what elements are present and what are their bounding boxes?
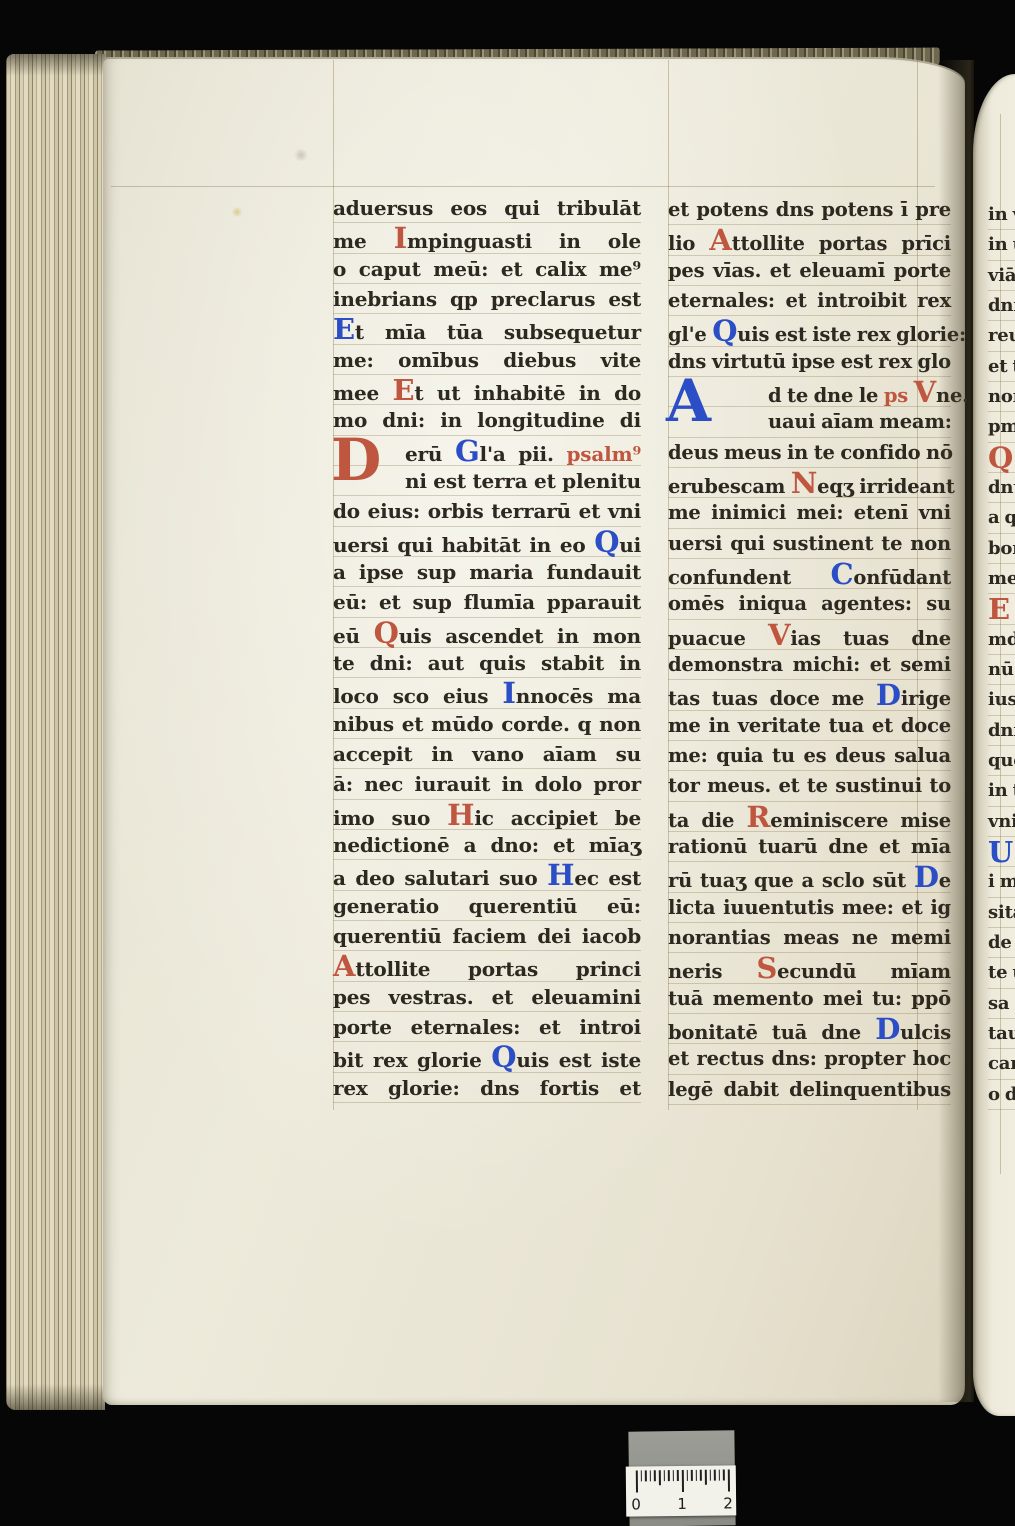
ruler-tick — [705, 1470, 707, 1485]
illuminated-initial: I — [502, 676, 515, 710]
text-segment: vni — [988, 811, 1015, 832]
manuscript-text-line: eū Quis ascendet in mon — [333, 618, 641, 648]
manuscript-text-line: eternales: et introibit rex — [668, 286, 951, 316]
manuscript-text-line: erubescam Neqʒ irrideant — [668, 468, 951, 498]
text-segment: rū tuaʒ que a sclo sūt — [668, 869, 914, 892]
ruler-tick — [650, 1470, 652, 1481]
text-segment: que — [988, 750, 1015, 771]
manuscript-photo-scene: aduersus eos qui tribulātme Impinguasti … — [0, 0, 1015, 1526]
ruler-tick — [696, 1470, 698, 1481]
text-segment: gl'e — [668, 323, 712, 346]
manuscript-text-line: gl'e Quis est iste rex glorie: — [668, 316, 951, 346]
manuscript-text-line: lio Attollite portas prīci — [668, 225, 951, 255]
text-segment: l'a pii. — [480, 442, 567, 466]
manuscript-text-line: me Impinguasti in ole — [333, 223, 641, 253]
illuminated-initial: A — [709, 223, 731, 257]
text-column-right: et potens dns potens ī prelio Attollite … — [668, 195, 951, 1105]
text-segment: nnocēs ma — [516, 684, 641, 708]
manuscript-text-line: me: quia tu es deus salua — [668, 741, 951, 771]
manuscript-text-line: pes vestras. et eleuamini — [333, 982, 641, 1012]
ruler-tick — [659, 1470, 661, 1485]
text-segment: me in veritate tua et doce — [668, 714, 951, 737]
text-segment: neris — [668, 960, 756, 983]
ruler-tick — [636, 1470, 638, 1492]
manuscript-text-line: mdr — [988, 625, 1015, 655]
text-segment: ius — [988, 689, 1015, 710]
manuscript-text-line: aduersus eos qui tribulāt — [333, 193, 641, 223]
manuscript-text-line: uersi qui sustinent te non — [668, 529, 951, 559]
text-segment: me: omībus diebus vite — [333, 348, 641, 372]
manuscript-text-line: ta die Reminiscere mise — [668, 802, 951, 832]
text-segment: i m — [988, 871, 1015, 892]
text-segment: tau — [988, 1023, 1015, 1044]
text-segment: ic accipiet be — [474, 806, 641, 830]
manuscript-text-line: Q — [988, 443, 1015, 473]
text-segment: dnū — [988, 477, 1015, 498]
text-segment: confundent — [668, 566, 831, 589]
text-segment: porte eternales: et introi — [333, 1015, 641, 1039]
manuscript-text-line: a ipse sup maria fundauit — [333, 557, 641, 587]
manuscript-text-line: do eius: orbis terrarū et vni — [333, 496, 641, 526]
text-segment: mdr — [988, 629, 1015, 650]
text-segment: dni — [988, 295, 1015, 316]
text-segment: a deo salutari suo — [333, 866, 547, 890]
text-segment: legē dabit delinquentibus — [668, 1078, 951, 1101]
text-segment: reur — [988, 325, 1015, 346]
text-segment: et rectus dns: propter hoc — [668, 1047, 951, 1070]
manuscript-text-line: et potens dns potens ī pre — [668, 195, 951, 225]
text-segment: a qu — [988, 507, 1015, 528]
text-segment: loco sco eius — [333, 684, 502, 708]
manuscript-text-line: dnū — [988, 473, 1015, 503]
text-segment: me: quia tu es deus salua — [668, 744, 951, 767]
manuscript-text-line: tuā memento mei tu: ppō — [668, 984, 951, 1014]
manuscript-text-line: et te — [988, 352, 1015, 382]
manuscript-text-line: met — [988, 564, 1015, 594]
text-segment: mee — [333, 381, 393, 405]
text-segment: eminiscere mise — [770, 809, 951, 832]
text-segment: can — [988, 1053, 1015, 1074]
manuscript-text-line: eū: et sup flumīa pparauit — [333, 587, 641, 617]
manuscript-text-line: te u — [988, 958, 1015, 988]
manuscript-text-line: can — [988, 1049, 1015, 1079]
manuscript-text-line: Derū Gl'a pii. psalm⁹ — [333, 436, 641, 466]
text-segment: ni est terra et plenitu — [405, 469, 641, 493]
text-segment: ā: nec iurauit in dolo pror — [333, 772, 641, 796]
manuscript-text-line: pmō — [988, 412, 1015, 442]
manuscript-text-line: omēs iniqua agentes: su — [668, 589, 951, 619]
manuscript-text-line: Ad te dne le ps Vne. — [668, 377, 951, 407]
text-segment: d te dne le — [768, 384, 884, 407]
manuscript-text-line: demonstra michi: et semi — [668, 650, 951, 680]
ruler-tick — [640, 1470, 642, 1481]
text-segment: tas tuas doce me — [668, 687, 876, 710]
illuminated-initial: D — [876, 678, 901, 712]
text-segment: erū — [405, 442, 455, 466]
manuscript-text-line: rex glorie: dns fortis et — [333, 1073, 641, 1103]
text-segment: psalm⁹ — [566, 442, 641, 466]
manuscript-text-line: deus meus in te confido nō — [668, 438, 951, 468]
manuscript-text-line: a deo salutari suo Hec est — [333, 860, 641, 890]
text-segment: ttollite portas prīci — [732, 232, 951, 255]
manuscript-text-line: E — [988, 594, 1015, 624]
text-segment: generatio querentiū eū: — [333, 894, 641, 918]
manuscript-text-line: imo suo Hic accipiet be — [333, 800, 641, 830]
manuscript-text-line: in v — [988, 200, 1015, 230]
illuminated-initial: V — [768, 618, 790, 652]
text-segment: accepit in vano aīam su — [333, 742, 641, 766]
text-segment: demonstra michi: et semi — [668, 653, 951, 676]
text-segment: sita — [988, 902, 1015, 923]
text-segment: viās — [988, 265, 1015, 286]
manuscript-text-line: de h — [988, 928, 1015, 958]
manuscript-text-line: neris Secundū mīam — [668, 953, 951, 983]
ruling-line-horizontal — [111, 186, 935, 187]
manuscript-text-line: o de — [988, 1080, 1015, 1110]
manuscript-text-line: viās — [988, 261, 1015, 291]
illuminated-initial: U — [988, 835, 1013, 869]
text-segment: t mīa tūa subsequetur — [355, 320, 641, 344]
text-segment: tuā memento mei tu: ppō — [668, 987, 951, 1010]
manuscript-text-line: nedictionē a dno: et mīaʒ — [333, 830, 641, 860]
ruler-tick — [682, 1470, 684, 1492]
text-segment: pmō — [988, 416, 1015, 437]
text-column-left: aduersus eos qui tribulātme Impinguasti … — [333, 193, 641, 1103]
illuminated-initial: E — [333, 312, 355, 346]
manuscript-text-line: ius — [988, 685, 1015, 715]
manuscript-text-line: inebrians qp preclarus est — [333, 284, 641, 314]
manuscript-text-line: U — [988, 837, 1015, 867]
manuscript-text-line: a qu — [988, 503, 1015, 533]
manuscript-text-line: vni — [988, 807, 1015, 837]
text-segment: aduersus eos qui tribulāt — [333, 196, 641, 220]
text-segment: o de — [988, 1084, 1015, 1105]
manuscript-text-line: sa d — [988, 989, 1015, 1019]
illuminated-initial: C — [831, 557, 854, 591]
ruler-label-1: 1 — [675, 1495, 689, 1513]
text-segment: licta iuuentutis mee: et ig — [668, 896, 951, 919]
text-segment: bit rex glorie — [333, 1048, 491, 1072]
text-segment: de h — [988, 932, 1015, 953]
illuminated-initial: H — [547, 858, 574, 892]
manuscript-text-line: loco sco eius Innocēs ma — [333, 678, 641, 708]
text-segment: eqʒ irrideant — [817, 475, 955, 498]
manuscript-text-line: puacue Vias tuas dne — [668, 620, 951, 650]
text-segment: in t — [988, 780, 1015, 801]
ruler-ticks — [626, 1465, 736, 1466]
text-segment: non — [988, 386, 1015, 407]
text-segment: querentiū faciem dei iacob — [333, 924, 641, 948]
text-segment: uersi qui sustinent te non — [668, 532, 951, 555]
text-segment: ta die — [668, 809, 746, 832]
text-segment: eternales: et introibit rex — [668, 289, 951, 312]
text-segment: t ut inhabitē in do — [414, 381, 641, 405]
manuscript-text-line: generatio querentiū eū: — [333, 891, 641, 921]
ruler-tick — [723, 1470, 725, 1481]
illuminated-initial: D — [914, 860, 939, 894]
text-segment: o caput meū: et calix me⁹ — [333, 257, 641, 281]
illuminated-initial: Q — [594, 525, 619, 559]
manuscript-text-line: bonitatē tuā dne Dulcis — [668, 1014, 951, 1044]
illuminated-initial: Q — [712, 314, 737, 348]
text-segment: deus meus in te confido nō — [668, 441, 953, 464]
manuscript-text-line: bon — [988, 534, 1015, 564]
manuscript-text-line: non — [988, 382, 1015, 412]
illuminated-initial: G — [455, 434, 480, 468]
text-segment: dni — [988, 720, 1015, 741]
text-segment: met — [988, 568, 1015, 589]
text-segment: uis est iste rex glorie: — [737, 323, 966, 346]
text-segment: sa d — [988, 993, 1015, 1014]
manuscript-text-line: in t — [988, 776, 1015, 806]
text-segment: inebrians qp preclarus est — [333, 287, 641, 311]
ruler-tick — [686, 1470, 688, 1481]
illuminated-initial: Q — [491, 1040, 516, 1074]
parchment-stain — [293, 149, 309, 161]
ruler-tick — [673, 1470, 675, 1481]
illuminated-initial: E — [988, 592, 1010, 626]
manuscript-text-line: querentiū faciem dei iacob — [333, 921, 641, 951]
manuscript-text-line: norantias meas ne memi — [668, 923, 951, 953]
text-segment: norantias meas ne memi — [668, 926, 951, 949]
manuscript-text-line: me: omībus diebus vite — [333, 345, 641, 375]
manuscript-text-line: porte eternales: et introi — [333, 1012, 641, 1042]
text-segment: me inimici mei: etenī vni — [668, 501, 951, 524]
text-segment: uis est iste — [516, 1048, 641, 1072]
manuscript-text-line: dni — [988, 716, 1015, 746]
text-segment: bonitatē tuā dne — [668, 1021, 875, 1044]
illuminated-initial: Q — [988, 441, 1013, 475]
ruler-tick — [691, 1470, 693, 1481]
manuscript-text-line: Et mīa tūa subsequetur — [333, 314, 641, 344]
ruler-tick — [677, 1470, 679, 1481]
manuscript-text-line: o caput meū: et calix me⁹ — [333, 254, 641, 284]
page-stack-fore-edge — [6, 54, 105, 1410]
text-segment: uersi qui habitāt in eo — [333, 533, 594, 557]
text-segment: omēs iniqua agentes: su — [668, 592, 951, 615]
text-segment: et potens dns potens ī pre — [668, 198, 951, 221]
manuscript-text-line: rationū tuarū dne et mīa — [668, 832, 951, 862]
manuscript-text-line: i m — [988, 867, 1015, 897]
text-segment: pes vestras. et eleuamini — [333, 985, 641, 1009]
illuminated-initial: A — [666, 373, 711, 429]
text-segment: ias tuas dne — [790, 627, 951, 650]
illuminated-initial: D — [875, 1012, 900, 1046]
illuminated-initial: A — [333, 949, 355, 983]
manuscript-text-line: que — [988, 746, 1015, 776]
manuscript-text-line: uersi qui habitāt in eo Qui — [333, 527, 641, 557]
text-segment: eū — [333, 624, 374, 648]
text-segment: a ipse sup maria fundauit — [333, 560, 641, 584]
illuminated-initial: Q — [374, 616, 399, 650]
text-segment: eū: et sup flumīa pparauit — [333, 590, 641, 614]
manuscript-text-line: accepit in vano aīam su — [333, 739, 641, 769]
gutter-shadow — [938, 60, 974, 1402]
manuscript-text-line: confundent Confūdant — [668, 559, 951, 589]
parchment-stain — [231, 207, 243, 217]
text-segment: in v — [988, 204, 1015, 225]
text-column-sliver: in vin uviāsdnireuret tenonpmōQdnūa qubo… — [988, 200, 1015, 1110]
text-segment: do eius: orbis terrarū et vni — [333, 499, 641, 523]
text-segment: ttollite portas princi — [355, 957, 641, 981]
text-segment: uaui aīam meam: — [768, 410, 952, 433]
manuscript-text-line: Attollite portas princi — [333, 951, 641, 981]
manuscript-text-line: dni — [988, 291, 1015, 321]
text-segment: rationū tuarū dne et mīa — [668, 835, 951, 858]
ruler-tick — [714, 1470, 716, 1481]
text-segment: lio — [668, 232, 709, 255]
illuminated-initial: I — [394, 221, 407, 255]
manuscript-text-line: legē dabit delinquentibus — [668, 1075, 951, 1105]
text-segment: ui — [619, 533, 641, 557]
text-segment: te u — [988, 962, 1015, 983]
text-segment: puacue — [668, 627, 768, 650]
text-segment: in u — [988, 234, 1015, 255]
manuscript-text-line: te dni: aut quis stabit in — [333, 648, 641, 678]
text-segment: onfūdant — [853, 566, 951, 589]
manuscript-text-line: nibus et mūdo corde. q non — [333, 709, 641, 739]
manuscript-text-line: tor meus. et te sustinui to — [668, 771, 951, 801]
text-segment: nedictionē a dno: et mīaʒ — [333, 833, 641, 857]
illuminated-initial: N — [791, 466, 817, 500]
text-segment: ecundū mīam — [777, 960, 951, 983]
text-segment: tor meus. et te sustinui to — [668, 774, 951, 797]
illuminated-initial: V — [914, 375, 936, 409]
illuminated-initial: R — [746, 800, 770, 834]
ruler-tick — [654, 1470, 656, 1481]
text-segment: nū y — [988, 659, 1015, 680]
manuscript-text-line: tau — [988, 1019, 1015, 1049]
manuscript-text-line: me inimici mei: etenī vni — [668, 498, 951, 528]
manuscript-text-line: reur — [988, 321, 1015, 351]
manuscript-text-line: et rectus dns: propter hoc — [668, 1044, 951, 1074]
text-segment: bon — [988, 538, 1015, 559]
manuscript-text-line: ā: nec iurauit in dolo pror — [333, 769, 641, 799]
text-segment: pes vīas. et eleuamī porte — [668, 259, 951, 282]
manuscript-text-line: licta iuuentutis mee: et ig — [668, 893, 951, 923]
text-segment: ps — [884, 384, 914, 407]
illuminated-initial: S — [756, 951, 777, 985]
manuscript-text-line: rū tuaʒ que a sclo sūt De — [668, 862, 951, 892]
text-segment: me — [333, 229, 394, 253]
manuscript-text-line: nū y — [988, 655, 1015, 685]
manuscript-text-line: in u — [988, 230, 1015, 260]
text-segment: et te — [988, 356, 1015, 377]
text-segment: erubescam — [668, 475, 791, 498]
text-segment: te dni: aut quis stabit in — [333, 651, 641, 675]
text-segment: ec est — [574, 866, 641, 890]
ruler-tick — [719, 1470, 721, 1481]
ruler-tick — [668, 1470, 670, 1481]
ruler-tick — [728, 1469, 730, 1491]
ruler-tick — [663, 1470, 665, 1481]
manuscript-text-line: mee Et ut inhabitē in do — [333, 375, 641, 405]
facing-page-sliver: in vin uviāsdnireuret tenonpmōQdnūa qubo… — [973, 74, 1015, 1416]
illuminated-initial: H — [447, 798, 474, 832]
text-segment: nibus et mūdo corde. q non — [333, 712, 641, 736]
ruler-tick — [645, 1470, 647, 1481]
text-segment: rex glorie: dns fortis et — [333, 1076, 641, 1100]
manuscript-text-line: me in veritate tua et doce — [668, 711, 951, 741]
illuminated-initial: D — [331, 432, 381, 488]
ruler-tick — [709, 1470, 711, 1481]
manuscript-text-line: pes vīas. et eleuamī porte — [668, 256, 951, 286]
ruler-tick — [700, 1470, 702, 1481]
text-segment: uis ascendet in mon — [399, 624, 641, 648]
manuscript-text-line: sita — [988, 898, 1015, 928]
ruler-label-2: 2 — [721, 1494, 735, 1512]
text-segment: mpinguasti in ole — [407, 229, 641, 253]
illuminated-initial: E — [393, 373, 415, 407]
manuscript-text-line: bit rex glorie Quis est iste — [333, 1042, 641, 1072]
scale-ruler: 0 1 2 — [626, 1465, 737, 1516]
manuscript-text-line: tas tuas doce me Dirige — [668, 680, 951, 710]
text-segment: imo suo — [333, 806, 447, 830]
ruler-label-0: 0 — [629, 1495, 643, 1513]
